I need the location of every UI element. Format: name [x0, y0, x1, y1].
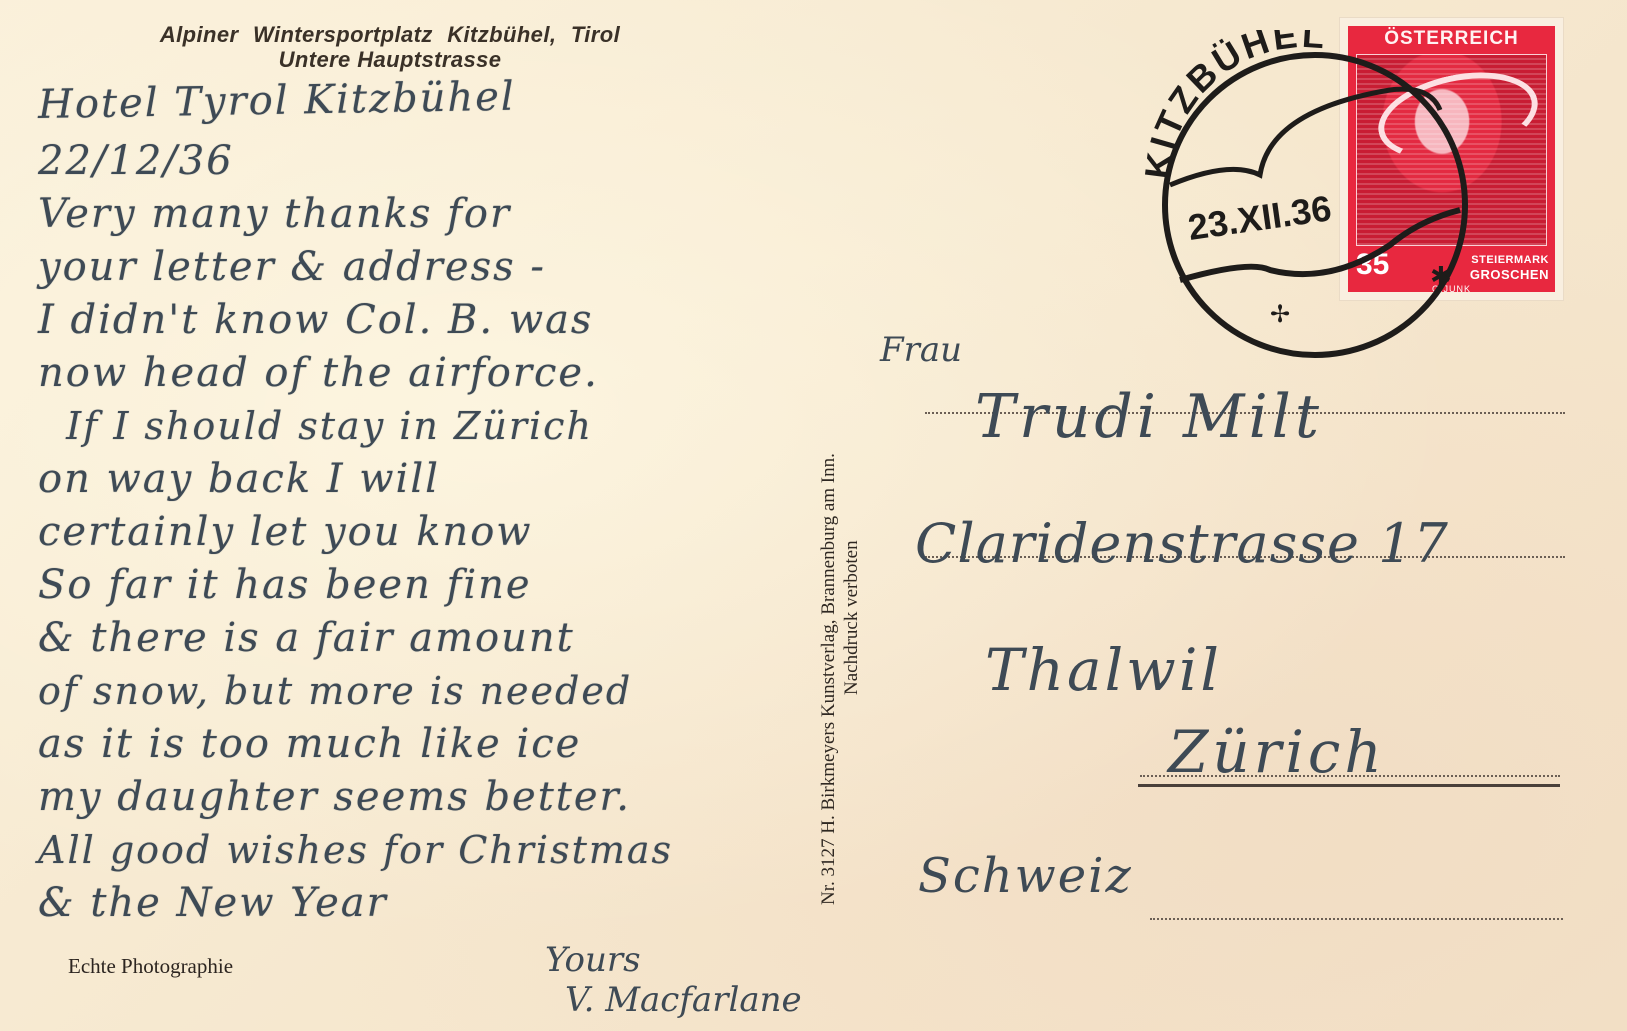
message-line: I didn't know Col. B. was: [38, 294, 838, 347]
svg-text:KITZBÜHEL: KITZBÜHEL: [1136, 30, 1328, 181]
message-line: of snow, but more is needed: [38, 665, 838, 718]
header-line-1: Alpiner Wintersportplatz Kitzbühel, Tiro…: [60, 22, 720, 47]
message-line: as it is too much like ice: [38, 718, 838, 771]
postmark-date: 23.XII.36: [1185, 187, 1333, 248]
publisher-imprint: Nr. 3127 H. Birkmeyers Kunstverlag, Bran…: [817, 453, 863, 905]
message-line: now head of the airforce.: [38, 347, 838, 400]
signature-block: Yours V. Macfarlane: [545, 940, 802, 1020]
stamp-hat-shape: [1370, 59, 1546, 173]
message-line: Hotel Tyrol Kitzbühel: [38, 65, 839, 132]
message-line: your letter & address -: [38, 241, 838, 294]
message-line: on way back I will: [38, 453, 838, 506]
publisher-line-2: Nachdruck verboten: [840, 453, 863, 905]
stamp-value: 35: [1356, 248, 1389, 282]
message-line: If I should stay in Zürich: [38, 400, 838, 453]
message-line: All good wishes for Christmas: [38, 824, 838, 877]
postmark-star: ✢: [1270, 300, 1290, 328]
message-line: certainly let you know: [38, 506, 838, 559]
printed-footer: Echte Photographie: [68, 954, 233, 979]
address-country: Schweiz: [918, 848, 1133, 904]
publisher-line-1: Nr. 3127 H. Birkmeyers Kunstverlag, Bran…: [817, 453, 840, 905]
address-city: Zürich: [1168, 718, 1386, 786]
message-line: & there is a fair amount: [38, 612, 838, 665]
message-line: So far it has been fine: [38, 559, 838, 612]
address-line: [1150, 918, 1563, 920]
stamp-face: ÖSTERREICH STEIERMARK 35 GROSCHEN G.JUNK: [1348, 26, 1555, 292]
stamp-region: STEIERMARK: [1471, 254, 1549, 266]
postcard-back: Alpiner Wintersportplatz Kitzbühel, Tiro…: [0, 0, 1627, 1031]
stamp-designer: G.JUNK: [1348, 284, 1555, 294]
handwritten-message: Hotel Tyrol Kitzbühel 22/12/36 Very many…: [38, 72, 838, 930]
postage-stamp: ÖSTERREICH STEIERMARK 35 GROSCHEN G.JUNK: [1340, 18, 1563, 300]
postmark-town: KITZBÜHEL: [1136, 30, 1328, 181]
message-line: my daughter seems better.: [38, 771, 838, 824]
stamp-country: ÖSTERREICH: [1348, 28, 1555, 50]
closing: Yours: [545, 940, 802, 980]
address-name: Trudi Milt: [975, 382, 1323, 452]
message-date: 22/12/36: [38, 135, 838, 188]
address-street: Claridenstrasse 17: [915, 512, 1449, 575]
message-line: Very many thanks for: [38, 188, 838, 241]
address-town: Thalwil: [985, 636, 1222, 704]
message-line: & the New Year: [38, 877, 838, 930]
address-salutation: Frau: [880, 330, 962, 370]
stamp-portrait-image: [1356, 54, 1547, 246]
signature: V. Macfarlane: [565, 980, 802, 1020]
printed-header: Alpiner Wintersportplatz Kitzbühel, Tiro…: [60, 22, 720, 72]
stamp-currency: GROSCHEN: [1470, 267, 1549, 282]
